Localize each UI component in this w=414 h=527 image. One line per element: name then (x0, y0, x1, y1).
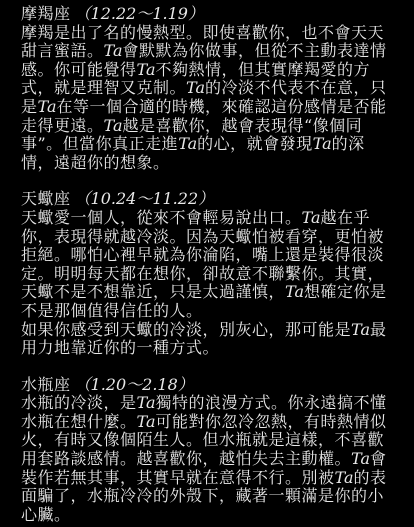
horoscope-page: 摩羯座（12.22～1.19） 摩羯是出了名的慢熱型。即使喜歡你，也不會天天 甜… (0, 0, 414, 527)
zodiac-dates: （12.22～1.19） (75, 4, 204, 23)
section-body-paragraph: 水瓶的冷淡，是Ta獨特的浪漫方式。你永遠搞不懂 水瓶在想什麼。Ta可能對你忽冷忽… (21, 394, 398, 524)
zodiac-dates: （10.24～11.22） (75, 189, 215, 208)
section-title-capricorn: 摩羯座（12.22～1.19） (21, 5, 398, 24)
zodiac-name: 天蠍座 (21, 189, 71, 208)
section-title-scorpio: 天蠍座（10.24～11.22） (21, 190, 398, 209)
zodiac-name: 摩羯座 (21, 4, 71, 23)
zodiac-name: 水瓶座 (21, 375, 71, 394)
section-capricorn: 摩羯座（12.22～1.19） 摩羯是出了名的慢熱型。即使喜歡你，也不會天天 甜… (21, 5, 398, 172)
section-body-paragraph: 摩羯是出了名的慢熱型。即使喜歡你，也不會天天 甜言蜜語。Ta會默默為你做事，但從… (21, 24, 398, 173)
zodiac-dates: （1.20～2.18） (75, 375, 194, 394)
section-aquarius: 水瓶座（1.20～2.18） 水瓶的冷淡，是Ta獨特的浪漫方式。你永遠搞不懂 水… (21, 376, 398, 525)
section-body-paragraph: 如果你感受到天蠍的冷淡，別灰心，那可能是Ta最 用力地靠近你的一種方式。 (21, 321, 398, 358)
section-scorpio: 天蠍座（10.24～11.22） 天蠍愛一個人，從來不會輕易說出口。Ta越在乎 … (21, 190, 398, 357)
section-body-paragraph: 天蠍愛一個人，從來不會輕易說出口。Ta越在乎 你，表現得就越冷淡。因為天蠍怕被看… (21, 209, 398, 321)
section-title-aquarius: 水瓶座（1.20～2.18） (21, 376, 398, 395)
